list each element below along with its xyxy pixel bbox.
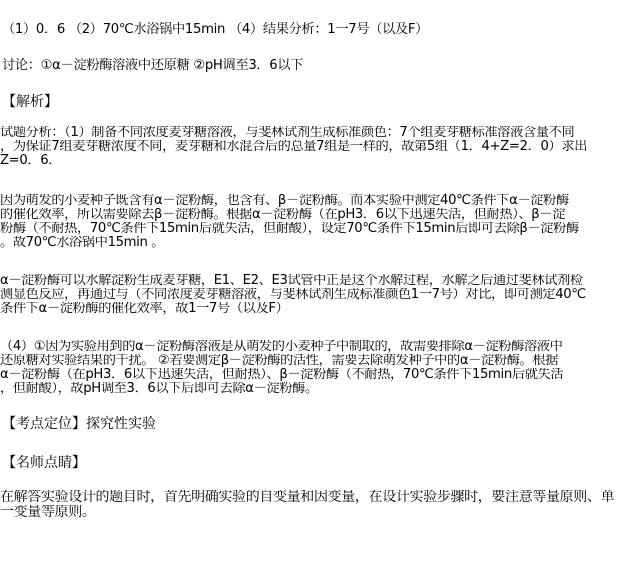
text-line: 因为萌发的小麦种子既含有α－淀粉酶，也含有、β－淀粉酶。而本实验中测定40℃条件… (0, 194, 630, 208)
answer-line-1: （1）0．6 （2）70℃水浴锅中15min （4）结果分析：1一7号（以及F） (2, 23, 428, 37)
teacher-tip-paragraph: 在解答实验设计的题目时，首先明确实验的自变量和因变量，在设计实验步骤时，要注意等… (0, 490, 630, 520)
text-line: 。故70℃水浴锅中15min 。 (0, 236, 630, 250)
text-line: 粉酶（不耐热，70℃条件下15min后就失活，但耐酸），设定70℃条件下15mi… (0, 222, 630, 236)
key-point-heading: 【考点定位】 (2, 416, 86, 432)
text-line: α－淀粉酶（在pH3．6以下迅速失活，但耐热）、β－淀粉酶（不耐热，70℃条件下… (0, 368, 630, 382)
teacher-tip-heading: 【名师点睛】 (2, 455, 86, 471)
analysis-paragraph-3: α－淀粉酶可以水解淀粉生成麦芽糖，E1、E2、E3试管中正是这个水解过程，水解之… (0, 274, 630, 316)
analysis-heading: 【解析】 (2, 94, 58, 110)
analysis-paragraph-4: （4）①因为实验用到的α－淀粉酶溶液是从萌发的小麦种子中制取的，故需要排除α－淀… (0, 340, 630, 396)
text-line: 试题分析：（1）制备不同浓度麦芽糖溶液，与斐林试剂生成标准颜色：7个组麦芽糖标准… (0, 126, 630, 140)
text-line: Z=0．6． (0, 154, 630, 168)
text-line: 在解答实验设计的题目时，首先明确实验的自变量和因变量，在设计实验步骤时，要注意等… (0, 490, 630, 505)
text-line: ，但耐酸），故pH调至3．6以下后即可去除α－淀粉酶。 (0, 382, 630, 396)
text-line: 一变量等原则。 (0, 505, 630, 520)
text-line: α－淀粉酶可以水解淀粉生成麦芽糖，E1、E2、E3试管中正是这个水解过程，水解之… (0, 274, 630, 288)
text-line: 还原糖对实验结果的干扰。 ②若要测定β－淀粉酶的活性，需要去除萌发种子中的α－淀… (0, 354, 630, 368)
analysis-paragraph-2: 因为萌发的小麦种子既含有α－淀粉酶，也含有、β－淀粉酶。而本实验中测定40℃条件… (0, 194, 630, 250)
text-line: 测显色反应，再通过与（不同浓度麦芽糖溶液，与斐林试剂生成标准颜色1一7号）对比，… (0, 288, 630, 302)
key-point: 【考点定位】探究性实验 (2, 416, 156, 432)
text-line: ，为保证7组麦芽糖浓度不同，麦芽糖和水混合后的总量7组是一样的，故第5组（1．4… (0, 140, 630, 154)
text-line: （4）①因为实验用到的α－淀粉酶溶液是从萌发的小麦种子中制取的，故需要排除α－淀… (0, 340, 630, 354)
key-point-value: 探究性实验 (86, 416, 156, 432)
answer-line-2: 讨论：①α－淀粉酶溶液中还原糖 ②pH调至3．6以下 (2, 59, 303, 73)
analysis-paragraph-1: 试题分析：（1）制备不同浓度麦芽糖溶液，与斐林试剂生成标准颜色：7个组麦芽糖标准… (0, 126, 630, 168)
text-line: 条件下α－淀粉酶的催化效率，故1一7号（以及F） (0, 302, 630, 316)
text-line: 的催化效率，所以需要除去β－淀粉酶。根据α－淀粉酶（在pH3．6以下迅速失活，但… (0, 208, 630, 222)
